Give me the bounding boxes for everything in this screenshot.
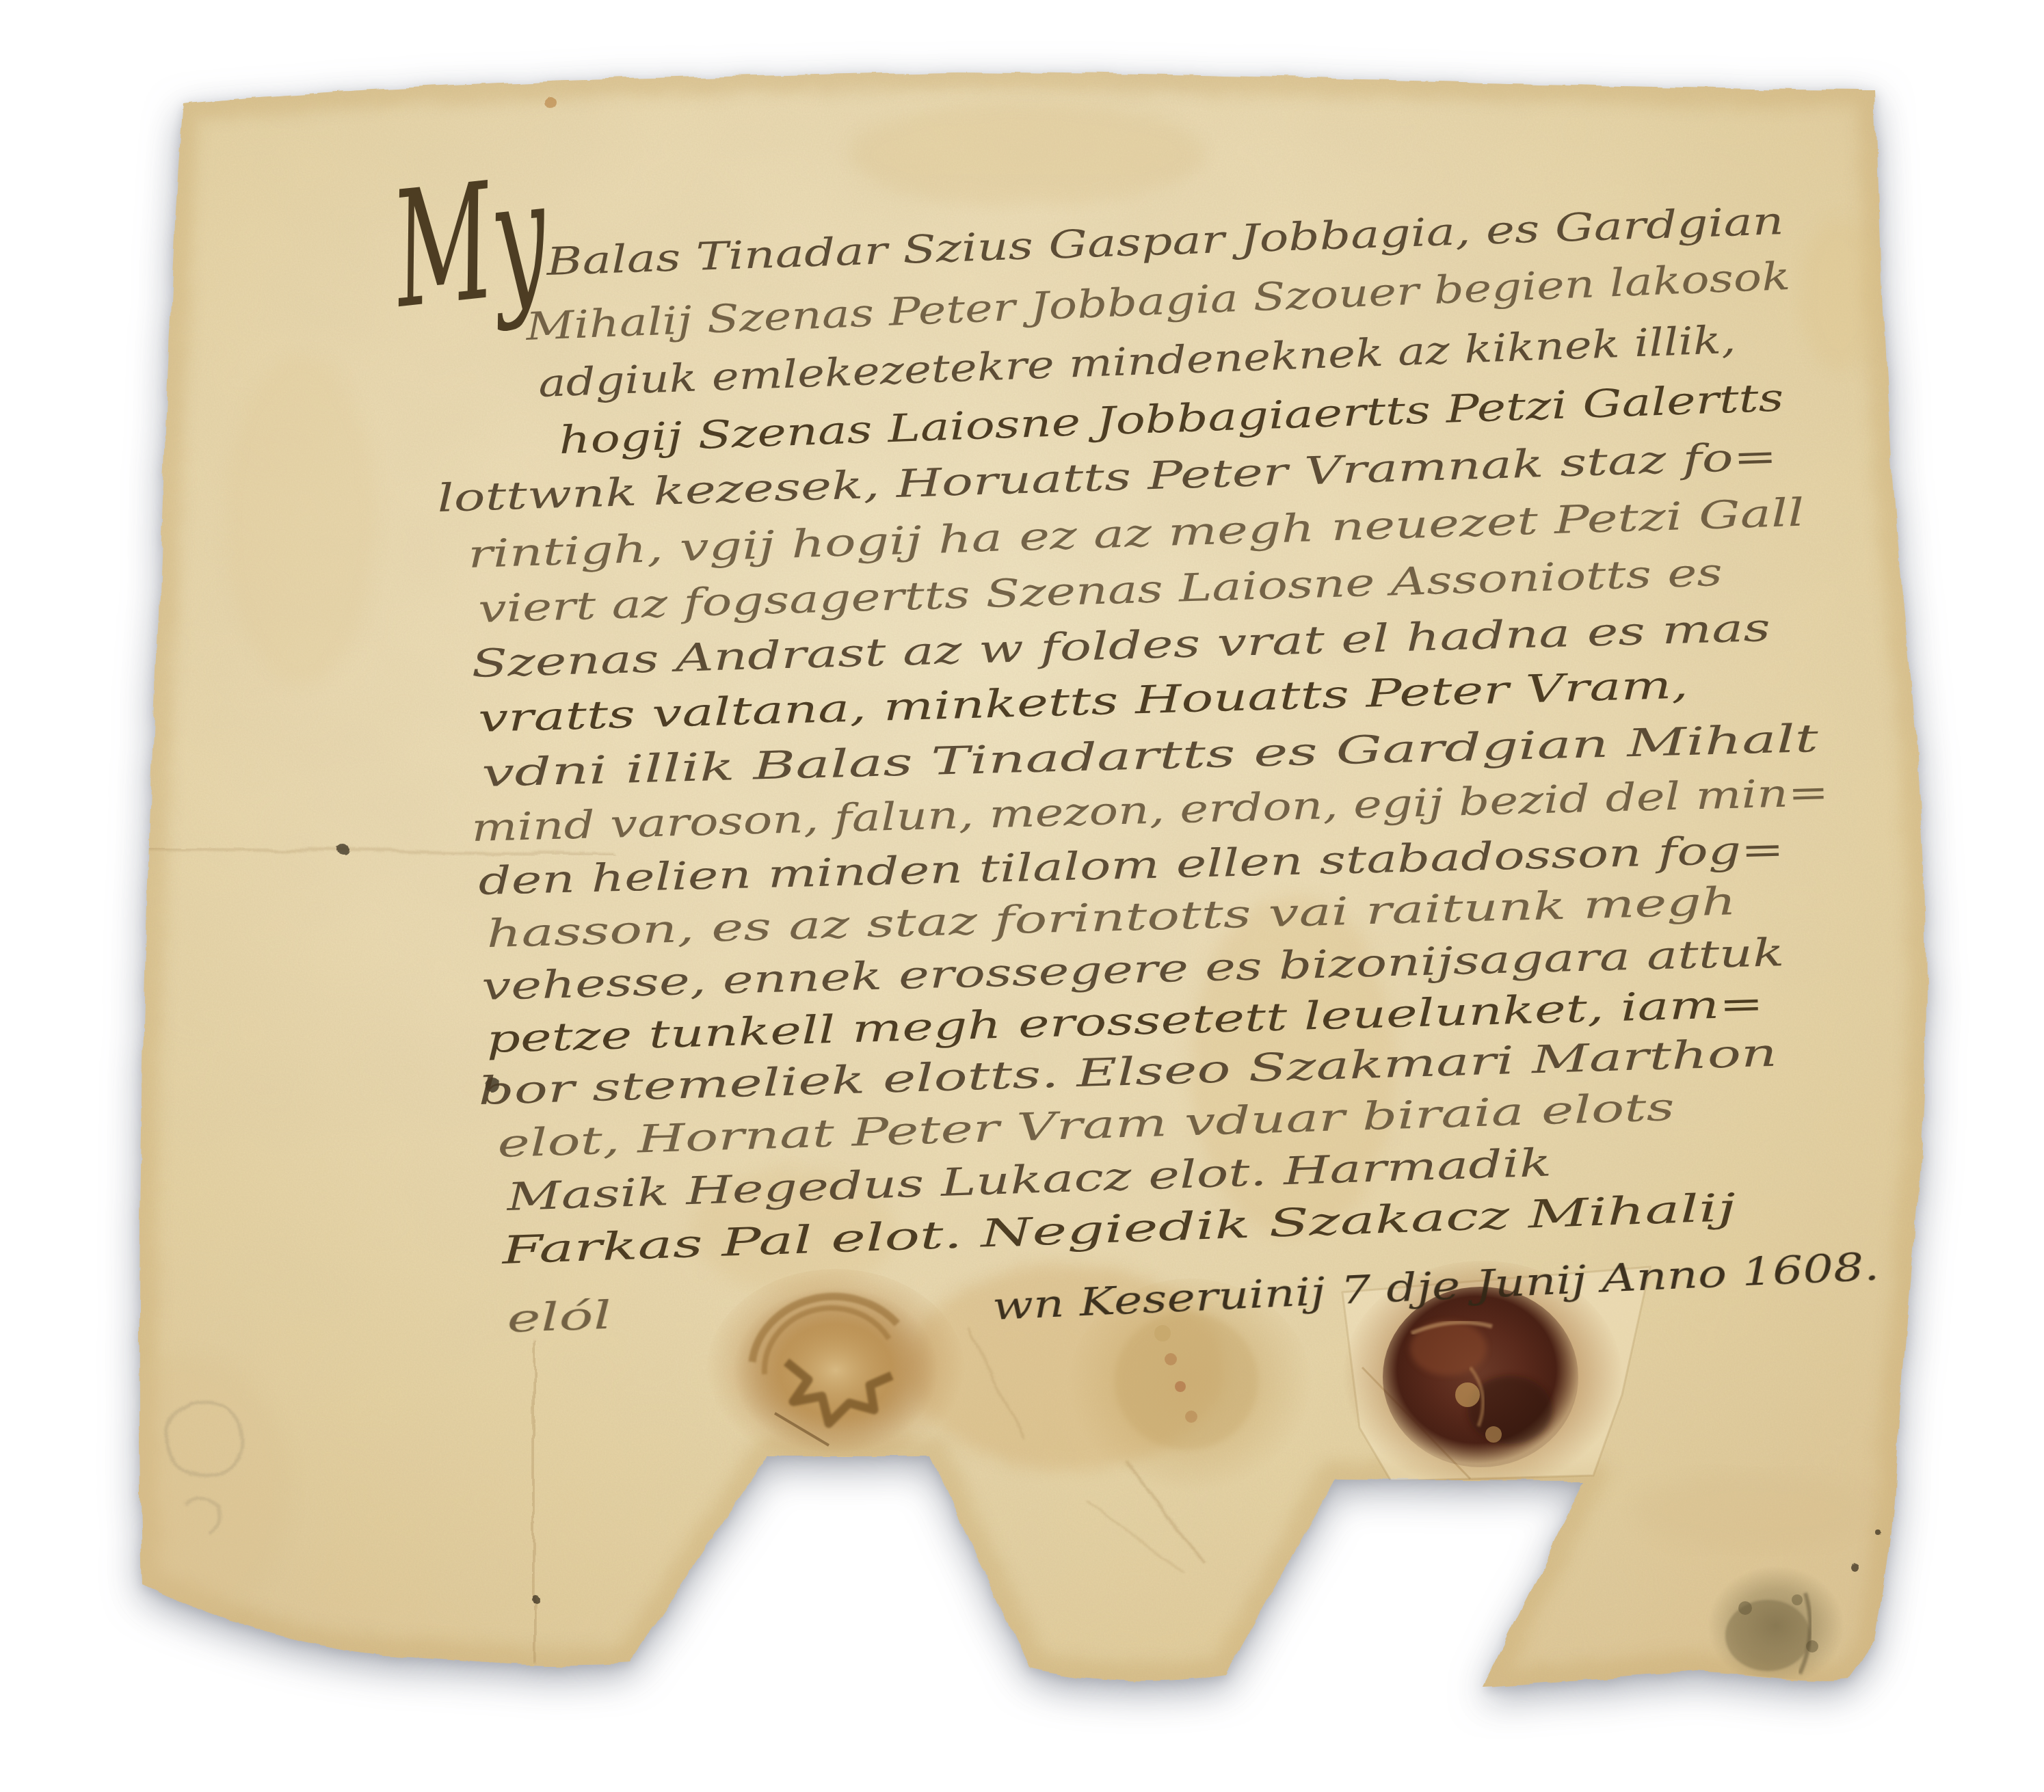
seal-right-wax (1383, 1287, 1578, 1467)
corner-smudge-speck-2 (1792, 1594, 1803, 1605)
rust-spot-top-edge (545, 96, 557, 109)
vertical-fold-crease (533, 1340, 535, 1661)
seal-middle-dot-2 (1175, 1381, 1186, 1392)
manuscript-line-20-start: elól (506, 1294, 612, 1341)
stain-bottom-left (72, 1354, 291, 1627)
corner-smudge (1708, 1566, 1844, 1686)
speck-right-edge-2 (1876, 1530, 1882, 1536)
stain-top-right-edge (1799, 219, 1881, 369)
stain-top-center (848, 103, 1204, 205)
document-photo: My Balas Tinadar Szius Gaspar Jobbagia, … (0, 0, 2044, 1792)
speck-right-edge (1850, 1563, 1859, 1571)
seal-left (706, 1269, 966, 1477)
stain-left-margin (226, 356, 376, 684)
seal-middle-core (1115, 1313, 1258, 1449)
stain-band-bottom-right (1634, 1473, 1867, 1549)
seal-middle-ring-spot (1154, 1325, 1171, 1341)
corner-smudge-core (1725, 1600, 1810, 1671)
seal-middle-dot-3 (1185, 1410, 1197, 1423)
seal-middle-dot-1 (1165, 1353, 1177, 1365)
photograph-of-manuscript: My Balas Tinadar Szius Gaspar Jobbagia, … (0, 0, 2044, 1792)
ink-blot-left-margin (338, 846, 349, 857)
corner-smudge-speck-1 (1738, 1601, 1752, 1615)
speck-bottom (531, 1596, 540, 1604)
seal-right-pale-spot (1455, 1382, 1480, 1407)
seal-right-pale-spot-2 (1485, 1426, 1502, 1443)
